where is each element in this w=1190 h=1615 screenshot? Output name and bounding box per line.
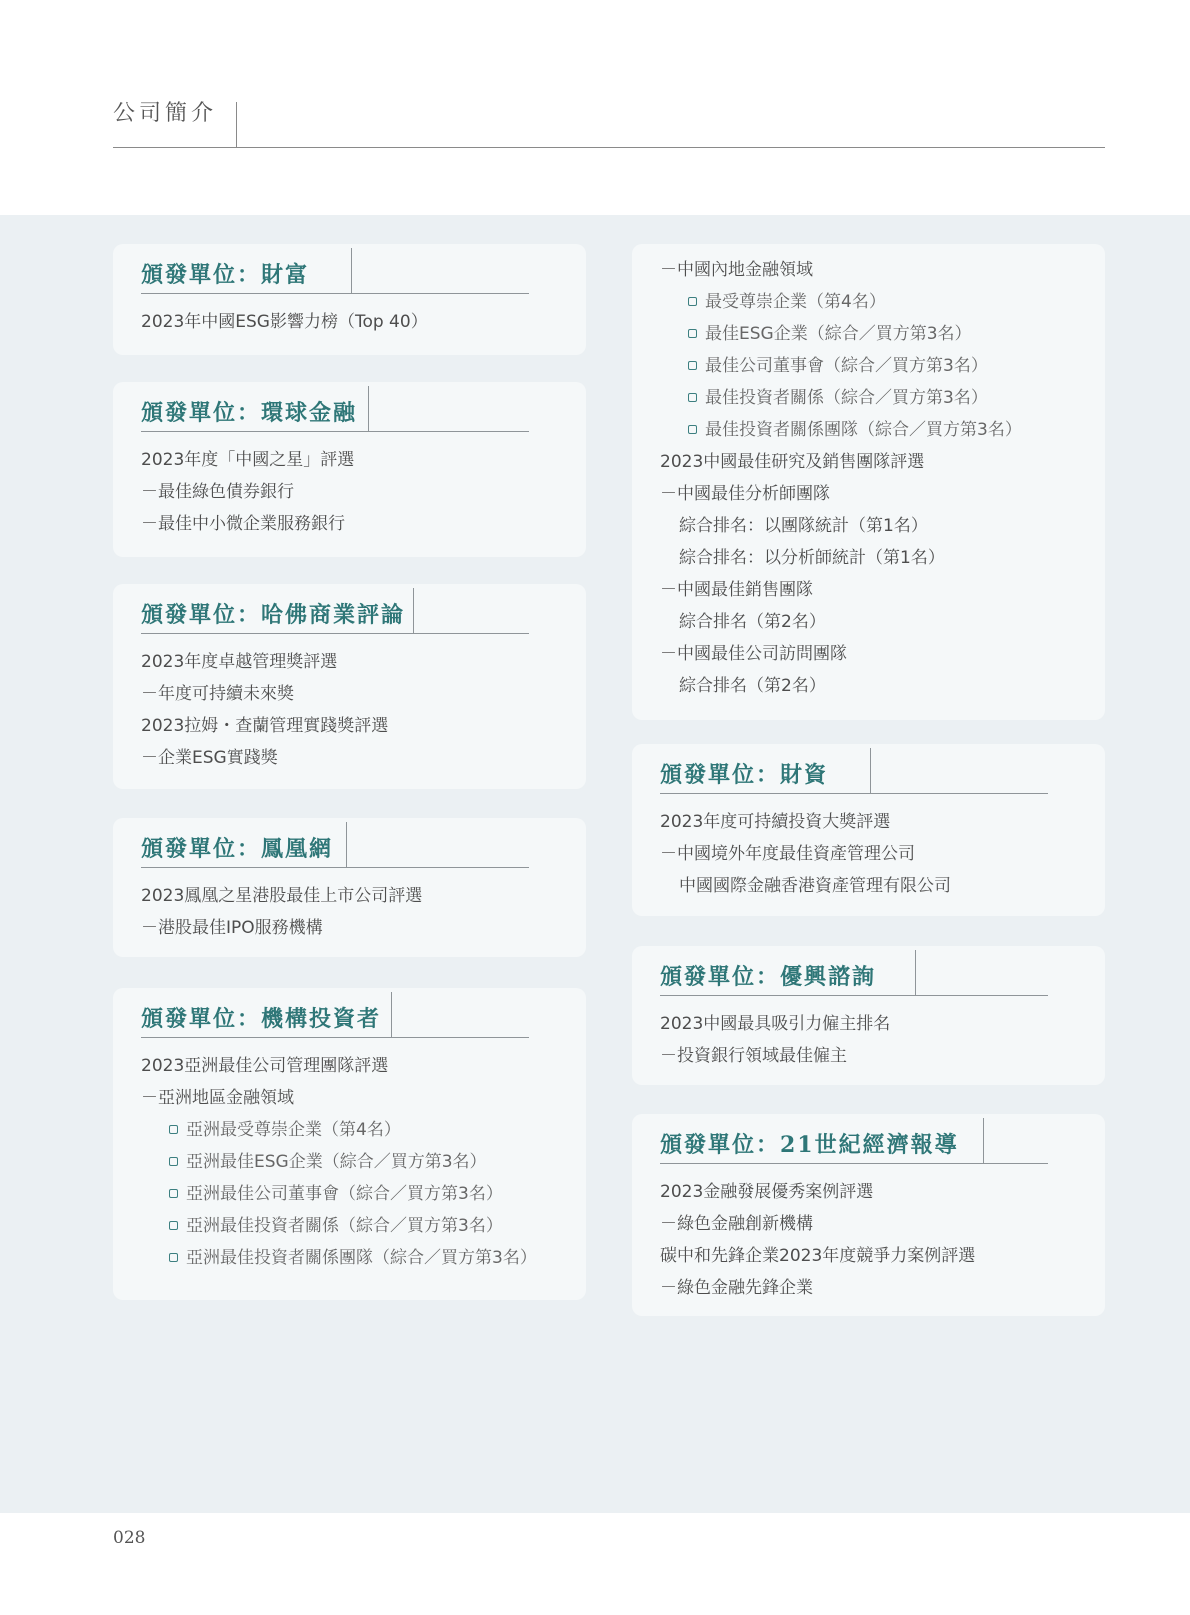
award-text: 亞洲最佳公司董事會（綜合／買方第3名） [186,1184,503,1204]
award-line: 綠色金融創新機構 [660,1208,1105,1240]
award-text: 最受尊崇企業（第4名） [705,292,886,312]
square-bullet-icon [169,1221,178,1230]
square-bullet-icon [688,297,697,306]
award-line: 亞洲最佳投資者關係團隊（綜合／買方第3名） [141,1242,586,1274]
award-list: 2023年中國ESG影響力榜（Top 40） [113,294,586,338]
header-divider [368,386,369,431]
header-divider [236,102,237,148]
square-bullet-icon [169,1157,178,1166]
award-card-harvard-business-review: 頒發單位：哈佛商業評論 2023年度卓越管理獎評選 年度可持續未來獎 2023拉… [113,584,586,789]
card-header: 頒發單位：環球金融 [141,382,529,432]
award-text: 最佳ESG企業（綜合／買方第3名） [705,324,972,344]
award-line: 中國最佳銷售團隊 [660,574,1105,606]
square-bullet-icon [688,361,697,370]
award-card-ifeng: 頒發單位：鳳凰網 2023鳳凰之星港股最佳上市公司評選 港股最佳IPO服務機構 [113,818,586,957]
award-line: 中國內地金融領域 [660,254,1105,286]
card-header: 頒發單位：優興諮詢 [660,946,1048,996]
award-line: 最佳ESG企業（綜合／買方第3名） [660,318,1105,350]
award-text: 亞洲最佳ESG企業（綜合／買方第3名） [186,1152,487,1172]
award-text: 最佳公司董事會（綜合／買方第3名） [705,356,988,376]
award-line: 中國最佳分析師團隊 [660,478,1105,510]
card-title: 頒發單位：鳳凰網 [141,832,333,863]
award-line: 綜合排名（第2名） [660,670,1105,702]
award-line: 2023年度卓越管理獎評選 [141,646,586,678]
award-list: 2023中國最具吸引力僱主排名 投資銀行領域最佳僱主 [632,996,1105,1072]
award-line: 2023鳳凰之星港股最佳上市公司評選 [141,880,586,912]
award-line: 投資銀行領域最佳僱主 [660,1040,1105,1072]
square-bullet-icon [169,1253,178,1262]
award-card-21st-century-business-herald: 頒發單位：21世紀經濟報導 2023金融發展優秀案例評選 綠色金融創新機構 碳中… [632,1114,1105,1316]
award-line: 亞洲最佳投資者關係（綜合／買方第3名） [141,1210,586,1242]
award-line: 最佳公司董事會（綜合／買方第3名） [660,350,1105,382]
page-header: 公司簡介 [113,90,1105,148]
card-title: 頒發單位：21世紀經濟報導 [660,1128,959,1159]
card-title: 頒發單位：財富 [141,258,309,289]
award-line: 2023拉姆・查蘭管理實踐獎評選 [141,710,586,742]
award-card-the-asset: 頒發單位：財資 2023年度可持續投資大獎評選 中國境外年度最佳資產管理公司 中… [632,744,1105,916]
award-text: 最佳投資者關係團隊（綜合／買方第3名） [705,420,1022,440]
award-line: 2023中國最具吸引力僱主排名 [660,1008,1105,1040]
header-divider [391,992,392,1037]
award-line: 綠色金融先鋒企業 [660,1272,1105,1304]
card-title: 頒發單位：哈佛商業評論 [141,598,405,629]
section-title: 公司簡介 [113,96,217,127]
header-divider [915,950,916,995]
award-text: 亞洲最佳投資者關係團隊（綜合／買方第3名） [186,1248,537,1268]
award-list: 2023年度「中國之星」評選 最佳綠色債券銀行 最佳中小微企業服務銀行 [113,432,586,540]
award-line: 綜合排名：以分析師統計（第1名） [660,542,1105,574]
header-divider [870,748,871,793]
square-bullet-icon [169,1189,178,1198]
award-line: 綜合排名（第2名） [660,606,1105,638]
award-line: 綜合排名：以團隊統計（第1名） [660,510,1105,542]
award-list: 2023年度可持續投資大獎評選 中國境外年度最佳資產管理公司 中國國際金融香港資… [632,794,1105,902]
award-card-institutional-investor: 頒發單位：機構投資者 2023亞洲最佳公司管理團隊評選 亞洲地區金融領域 亞洲最… [113,988,586,1300]
award-card-global-finance: 頒發單位：環球金融 2023年度「中國之星」評選 最佳綠色債券銀行 最佳中小微企… [113,382,586,557]
award-line: 最佳投資者關係（綜合／買方第3名） [660,382,1105,414]
award-line: 亞洲最受尊崇企業（第4名） [141,1114,586,1146]
award-line: 中國最佳公司訪問團隊 [660,638,1105,670]
award-list: 2023年度卓越管理獎評選 年度可持續未來獎 2023拉姆・查蘭管理實踐獎評選 … [113,634,586,774]
card-header: 頒發單位：鳳凰網 [141,818,529,868]
header-divider [413,588,414,633]
award-card-universum: 頒發單位：優興諮詢 2023中國最具吸引力僱主排名 投資銀行領域最佳僱主 [632,946,1105,1085]
card-header: 頒發單位：財富 [141,244,529,294]
card-header: 頒發單位：哈佛商業評論 [141,584,529,634]
award-line: 港股最佳IPO服務機構 [141,912,586,944]
award-line: 亞洲最佳公司董事會（綜合／買方第3名） [141,1178,586,1210]
square-bullet-icon [688,393,697,402]
square-bullet-icon [688,425,697,434]
award-line: 最佳中小微企業服務銀行 [141,508,586,540]
award-line: 2023年中國ESG影響力榜（Top 40） [141,306,586,338]
award-line: 最佳綠色債券銀行 [141,476,586,508]
award-line: 中國國際金融香港資產管理有限公司 [660,870,1105,902]
card-title: 頒發單位：優興諮詢 [660,960,876,991]
award-line: 最受尊崇企業（第4名） [660,286,1105,318]
card-header: 頒發單位：機構投資者 [141,988,529,1038]
award-text: 亞洲最受尊崇企業（第4名） [186,1120,401,1140]
award-list: 2023亞洲最佳公司管理團隊評選 亞洲地區金融領域 亞洲最受尊崇企業（第4名） … [113,1038,586,1274]
card-header: 頒發單位：21世紀經濟報導 [660,1114,1048,1164]
square-bullet-icon [688,329,697,338]
square-bullet-icon [169,1125,178,1134]
card-title: 頒發單位：財資 [660,758,828,789]
award-line: 2023亞洲最佳公司管理團隊評選 [141,1050,586,1082]
award-list: 中國內地金融領域 最受尊崇企業（第4名） 最佳ESG企業（綜合／買方第3名） 最… [632,244,1105,702]
award-line: 亞洲地區金融領域 [141,1082,586,1114]
award-list: 2023鳳凰之星港股最佳上市公司評選 港股最佳IPO服務機構 [113,868,586,944]
header-divider [351,248,352,293]
header-divider [983,1118,984,1163]
award-line: 2023年度可持續投資大獎評選 [660,806,1105,838]
award-line: 中國境外年度最佳資產管理公司 [660,838,1105,870]
award-text: 最佳投資者關係（綜合／買方第3名） [705,388,988,408]
card-header: 頒發單位：財資 [660,744,1048,794]
award-line: 企業ESG實踐獎 [141,742,586,774]
award-line: 年度可持續未來獎 [141,678,586,710]
header-divider [346,822,347,867]
award-line: 最佳投資者關係團隊（綜合／買方第3名） [660,414,1105,446]
award-line: 亞洲最佳ESG企業（綜合／買方第3名） [141,1146,586,1178]
award-card-institutional-investor-continued: 中國內地金融領域 最受尊崇企業（第4名） 最佳ESG企業（綜合／買方第3名） 最… [632,244,1105,720]
award-line: 2023年度「中國之星」評選 [141,444,586,476]
award-card-fortune: 頒發單位：財富 2023年中國ESG影響力榜（Top 40） [113,244,586,355]
card-title: 頒發單位：機構投資者 [141,1002,381,1033]
award-text: 亞洲最佳投資者關係（綜合／買方第3名） [186,1216,503,1236]
card-title: 頒發單位：環球金融 [141,396,357,427]
award-line: 碳中和先鋒企業2023年度競爭力案例評選 [660,1240,1105,1272]
award-list: 2023金融發展優秀案例評選 綠色金融創新機構 碳中和先鋒企業2023年度競爭力… [632,1164,1105,1304]
page-number: 028 [113,1528,145,1548]
award-line: 2023中國最佳研究及銷售團隊評選 [660,446,1105,478]
award-line: 2023金融發展優秀案例評選 [660,1176,1105,1208]
